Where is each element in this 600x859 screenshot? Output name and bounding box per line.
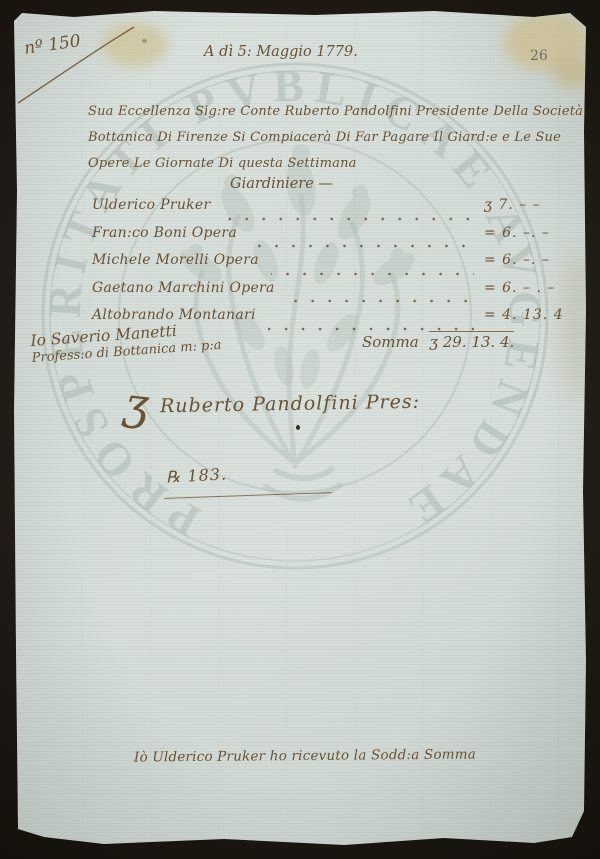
registration-underline-flourish — [164, 492, 332, 499]
president-signature: Ruberto Pandolfini Pres: — [160, 391, 420, 418]
dotted-leader — [287, 297, 474, 305]
paragraph-line-1: Sua Eccellenza Sig:re Conte Ruberto Pand… — [88, 99, 590, 125]
total-label: Somma — [362, 333, 419, 351]
total-amount: ʒ 29. 13. 4. — [429, 331, 514, 351]
ink-blot — [296, 425, 300, 430]
worker-name: Ulderico Pruker — [92, 197, 211, 213]
worker-amount: = 6. –. – — [484, 252, 580, 268]
order-paragraph: Sua Eccellenza Sig:re Conte Ruberto Pand… — [88, 99, 590, 177]
registration-mark: ℞ 183. — [166, 464, 228, 486]
worker-amount: ʒ 7. – – — [484, 197, 580, 213]
worker-name: Michele Morelli Opera — [92, 252, 259, 268]
stain-top-left — [102, 23, 168, 67]
scanned-document-page: { "page": { "background_color": "#211c15… — [0, 0, 600, 859]
worker-name: Gaetano Marchini Opera — [92, 280, 275, 296]
paragraph-line-2: Bottanica Di Firenze Si Compiacerà Di Fa… — [88, 125, 590, 151]
worker-pay-list: Ulderico Pruker ʒ 7. – – Fran:co Boni Op… — [92, 197, 580, 335]
worker-row: Michele Morelli Opera = 6. –. – — [92, 252, 580, 280]
paper-sheet: PROSPERITATI PVBLICAE AVGENDAE — [14, 11, 586, 845]
receipt-acknowledgement-line: Iò Ulderico Pruker ho ricevuto la Sodd:a… — [134, 747, 476, 766]
pencil-page-number: 26 — [530, 48, 548, 64]
dotted-leader — [223, 215, 474, 223]
paragraph-line-3: Opere Le Giornate Di questa Settimana — [88, 151, 590, 177]
worker-row: Gaetano Marchini Opera = 6. – . – — [92, 280, 580, 308]
total-line: Somma ʒ 29. 13. 4. — [362, 333, 514, 351]
archival-number: nº 150 — [23, 31, 82, 59]
worker-row: Fran:co Boni Opera = 6. –. – — [92, 225, 580, 253]
worker-amount: = 4. 13. 4 — [484, 307, 580, 323]
ink-speck — [142, 39, 147, 43]
dotted-leader — [271, 270, 474, 278]
date-line: A dì 5: Maggio 1779. — [204, 44, 358, 60]
worker-name: Altobrando Montanari — [92, 307, 256, 323]
dotted-leader — [249, 242, 474, 250]
list-heading: Giardiniere — — [230, 176, 333, 192]
worker-amount: = 6. –. – — [484, 225, 580, 241]
worker-amount: = 6. – . – — [484, 280, 580, 296]
worker-name: Fran:co Boni Opera — [92, 225, 237, 241]
stain-top-right-small — [554, 59, 594, 89]
worker-row: Ulderico Pruker ʒ 7. – – — [92, 197, 580, 225]
paraph-flourish: ʒ — [121, 378, 151, 431]
professor-signature: Io Saverio Manetti Profess:o di Bottanic… — [30, 320, 222, 367]
